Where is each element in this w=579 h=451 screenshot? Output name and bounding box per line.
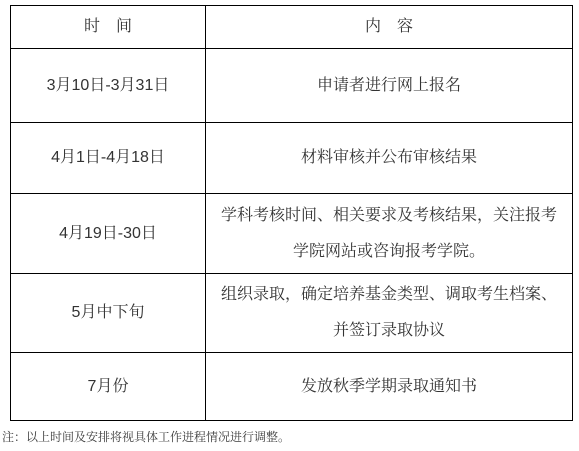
cell-time: 7月份 <box>11 353 206 421</box>
header-content: 内 容 <box>206 6 573 49</box>
table-note: 注：以上时间及安排将视具体工作进程情况进行调整。 <box>2 428 290 446</box>
cell-content: 学科考核时间、相关要求及考核结果，关注报考学院网站或咨询报考学院。 <box>206 194 573 274</box>
table-row: 4月1日-4月18日 材料审核并公布审核结果 <box>11 123 573 194</box>
table-row: 4月19日-30日 学科考核时间、相关要求及考核结果，关注报考学院网站或咨询报考… <box>11 194 573 274</box>
cell-content: 材料审核并公布审核结果 <box>206 123 573 194</box>
cell-time: 4月19日-30日 <box>11 194 206 274</box>
table-row: 7月份 发放秋季学期录取通知书 <box>11 353 573 421</box>
table-row: 3月10日-3月31日 申请者进行网上报名 <box>11 49 573 123</box>
header-time: 时 间 <box>11 6 206 49</box>
cell-content: 发放秋季学期录取通知书 <box>206 353 573 421</box>
cell-content: 组织录取，确定培养基金类型、调取考生档案、并签订录取协议 <box>206 274 573 353</box>
cell-content: 申请者进行网上报名 <box>206 49 573 123</box>
schedule-table: 时 间 内 容 3月10日-3月31日 申请者进行网上报名 4月1日-4月18日… <box>10 5 573 421</box>
cell-time: 3月10日-3月31日 <box>11 49 206 123</box>
cell-time: 5月中下旬 <box>11 274 206 353</box>
cell-time: 4月1日-4月18日 <box>11 123 206 194</box>
page: 时 间 内 容 3月10日-3月31日 申请者进行网上报名 4月1日-4月18日… <box>0 0 579 451</box>
table-header-row: 时 间 内 容 <box>11 6 573 49</box>
table-row: 5月中下旬 组织录取，确定培养基金类型、调取考生档案、并签订录取协议 <box>11 274 573 353</box>
